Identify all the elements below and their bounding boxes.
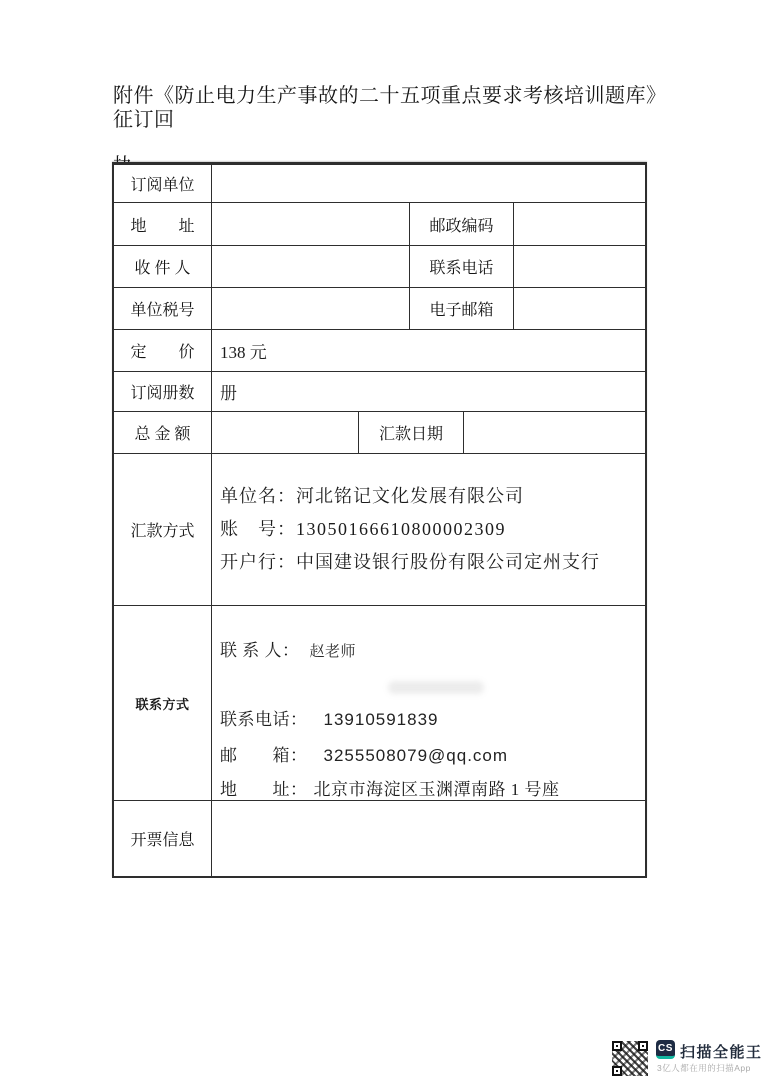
contact-person-line: 联 系 人：赵老师 bbox=[220, 639, 639, 664]
payment-method-label: 汇款方式 bbox=[114, 454, 212, 605]
scanned-form-page: { "document": { "title_line1": "附件《防止电力生… bbox=[0, 0, 764, 1080]
tax-id-label: 单位税号 bbox=[114, 288, 212, 329]
tax-id-cell bbox=[212, 288, 410, 329]
address-label: 地 址 bbox=[114, 203, 212, 245]
subscriber-unit-cell bbox=[212, 165, 645, 202]
phone-cell bbox=[514, 246, 645, 287]
address-cell bbox=[212, 203, 410, 245]
subscription-form-table: 订阅单位 地 址 邮政编码 收 件 人 联系电话 单位税号 电子邮箱 定 价 1… bbox=[112, 162, 647, 878]
camscanner-watermark: CS 扫描全能王 3亿人都在用的扫描App bbox=[610, 1038, 762, 1078]
email-cell bbox=[514, 288, 645, 329]
payment-company-line: 单位名：河北铭记文化发展有限公司 bbox=[220, 484, 639, 508]
qr-code-icon bbox=[612, 1041, 648, 1076]
email-label: 电子邮箱 bbox=[410, 288, 514, 329]
row-tax-id: 单位税号 电子邮箱 bbox=[114, 288, 645, 330]
payment-account-line: 账 号：13050166610800002309 bbox=[220, 517, 639, 541]
row-subscriber-unit: 订阅单位 bbox=[114, 165, 645, 203]
row-address: 地 址 邮政编码 bbox=[114, 203, 645, 246]
subscriber-unit-label: 订阅单位 bbox=[114, 165, 212, 202]
contact-email-line: 邮 箱：3255508079@qq.com bbox=[220, 744, 639, 768]
postal-code-label: 邮政编码 bbox=[410, 203, 514, 245]
qr-finder-icon bbox=[638, 1041, 648, 1051]
row-invoice-info: 开票信息 bbox=[114, 801, 645, 876]
camscanner-logo-icon: CS bbox=[656, 1040, 675, 1059]
total-amount-cell bbox=[212, 412, 359, 453]
recipient-label: 收 件 人 bbox=[114, 246, 212, 287]
price-label: 定 价 bbox=[114, 330, 212, 371]
row-recipient: 收 件 人 联系电话 bbox=[114, 246, 645, 288]
postal-code-cell bbox=[514, 203, 645, 245]
contact-phone-line: 联系电话：13910591839 bbox=[220, 708, 639, 732]
row-price: 定 价 138 元 bbox=[114, 330, 645, 372]
document-title-line1: 附件《防止电力生产事故的二十五项重点要求考核培训题库》征订回 bbox=[113, 84, 658, 132]
camscanner-slogan: 3亿人都在用的扫描App bbox=[657, 1062, 751, 1074]
row-total-amount: 总 金 额 汇款日期 bbox=[114, 412, 645, 454]
copies-label: 订阅册数 bbox=[114, 372, 212, 411]
copies-value: 册 bbox=[212, 372, 645, 411]
contact-address-line: 地 址：北京市海淀区玉渊潭南路 1 号座 bbox=[220, 778, 639, 802]
remit-date-label: 汇款日期 bbox=[359, 412, 464, 453]
price-value: 138 元 bbox=[212, 330, 645, 371]
recipient-cell bbox=[212, 246, 410, 287]
qr-finder-icon bbox=[612, 1066, 622, 1076]
remit-date-cell bbox=[464, 412, 645, 453]
payment-bank-line: 开户行：中国建设银行股份有限公司定州支行 bbox=[220, 550, 639, 574]
contact-info-label: 联系方式 bbox=[114, 606, 212, 800]
camscanner-app-name: 扫描全能王 bbox=[680, 1041, 763, 1062]
phone-label: 联系电话 bbox=[410, 246, 514, 287]
invoice-info-label: 开票信息 bbox=[114, 801, 212, 876]
row-copies: 订阅册数 册 bbox=[114, 372, 645, 412]
qr-finder-icon bbox=[612, 1041, 622, 1051]
total-amount-label: 总 金 额 bbox=[114, 412, 212, 453]
payment-method-details: 单位名：河北铭记文化发展有限公司 账 号：1305016661080000230… bbox=[212, 454, 645, 605]
row-payment-method: 汇款方式 单位名：河北铭记文化发展有限公司 账 号：13050166610800… bbox=[114, 454, 645, 606]
scan-artifact bbox=[388, 681, 484, 694]
contact-info-details: 联 系 人：赵老师 联系电话：13910591839 邮 箱：325550807… bbox=[212, 606, 645, 800]
row-contact-info: 联系方式 联 系 人：赵老师 联系电话：13910591839 邮 箱：3255… bbox=[114, 606, 645, 801]
invoice-info-cell bbox=[212, 801, 645, 876]
